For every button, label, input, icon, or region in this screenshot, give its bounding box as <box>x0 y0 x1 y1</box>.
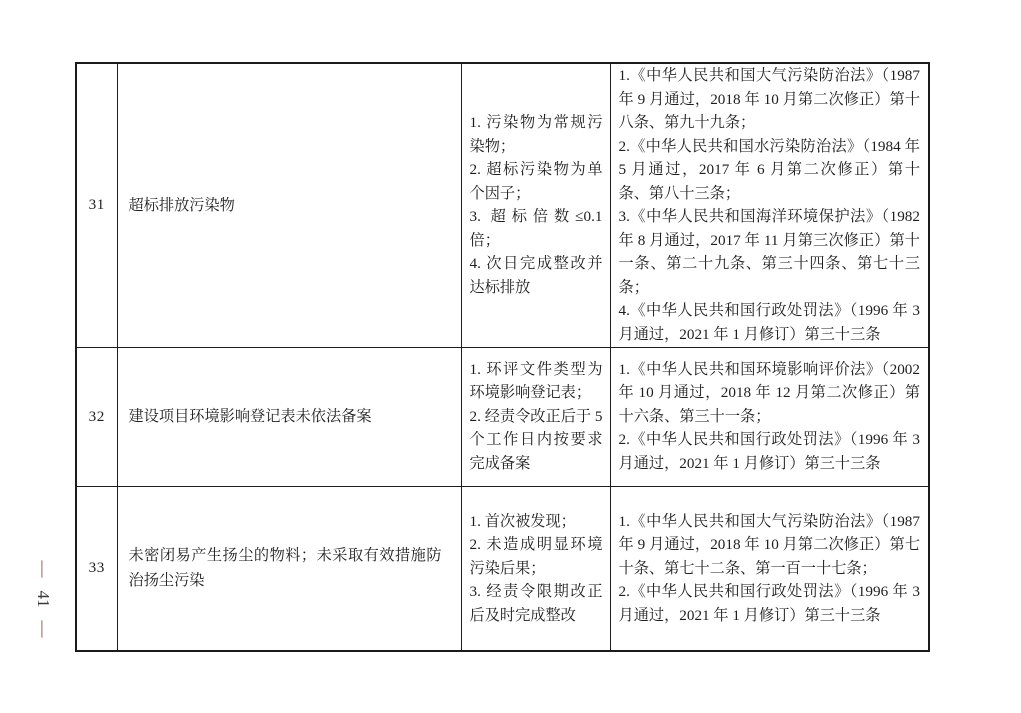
legal-basis-item: 1.《中华人民共和国大气污染防治法》（1987 年 9 月通过，2018 年 1… <box>619 510 921 581</box>
condition-item: 1. 首次被发现； <box>470 510 603 534</box>
document-page: —41— 31 超标排放污染物 1. 污染物为常规污染物； 2. 超标污染物为单… <box>0 0 1021 713</box>
page-number-dash-bottom: — <box>34 621 53 638</box>
violations-table: 31 超标排放污染物 1. 污染物为常规污染物； 2. 超标污染物为单个因子； … <box>75 62 930 652</box>
page-number: 41 <box>34 591 53 608</box>
cell-legal-basis: 1.《中华人民共和国大气污染防治法》（1987 年 9 月通过，2018 年 1… <box>610 486 929 651</box>
legal-basis-item: 1.《中华人民共和国大气污染防治法》（1987 年 9 月通过，2018 年 1… <box>619 64 921 135</box>
table-row: 31 超标排放污染物 1. 污染物为常规污染物； 2. 超标污染物为单个因子； … <box>76 63 929 347</box>
side-page-number: —41— <box>33 549 53 649</box>
legal-basis-item: 2.《中华人民共和国行政处罚法》（1996 年 3 月通过，2021 年 1 月… <box>619 428 921 475</box>
condition-item: 1. 环评文件类型为环境影响登记表； <box>470 358 603 405</box>
cell-conditions: 1. 首次被发现； 2. 未造成明显环境污染后果； 3. 经责令限期改正后及时完… <box>461 486 610 651</box>
legal-basis-item: 1.《中华人民共和国环境影响评价法》（2002 年 10 月通过，2018 年 … <box>619 358 921 429</box>
legal-basis-item: 2.《中华人民共和国水污染防治法》（1984 年 5 月通过，2017 年 6 … <box>619 135 921 206</box>
condition-item: 2. 超标污染物为单个因子； <box>470 158 603 205</box>
condition-item: 2. 未造成明显环境污染后果； <box>470 533 603 580</box>
cell-violation: 超标排放污染物 <box>117 63 461 347</box>
violation-text: 未密闭易产生扬尘的物料；未采取有效措施防治扬尘污染 <box>129 543 442 593</box>
condition-item: 4. 次日完成整改并达标排放 <box>470 252 603 299</box>
cell-row-number: 33 <box>76 486 117 651</box>
condition-item: 1. 污染物为常规污染物； <box>470 111 603 158</box>
violation-text: 超标排放污染物 <box>129 193 442 218</box>
violation-text: 建设项目环境影响登记表未依法备案 <box>129 404 442 429</box>
legal-basis-item: 4.《中华人民共和国行政处罚法》（1996 年 3 月通过，2021 年 1 月… <box>619 299 921 346</box>
page-number-dash-top: — <box>34 561 53 578</box>
cell-violation: 未密闭易产生扬尘的物料；未采取有效措施防治扬尘污染 <box>117 486 461 651</box>
cell-row-number: 32 <box>76 347 117 486</box>
table-row: 32 建设项目环境影响登记表未依法备案 1. 环评文件类型为环境影响登记表； 2… <box>76 347 929 486</box>
condition-item: 3. 超标倍数≤0.1 倍； <box>470 205 603 252</box>
cell-row-number: 31 <box>76 63 117 347</box>
cell-conditions: 1. 污染物为常规污染物； 2. 超标污染物为单个因子； 3. 超标倍数≤0.1… <box>461 63 610 347</box>
legal-basis-item: 3.《中华人民共和国海洋环境保护法》（1982 年 8 月通过，2017 年 1… <box>619 205 921 299</box>
cell-violation: 建设项目环境影响登记表未依法备案 <box>117 347 461 486</box>
condition-item: 2. 经责令改正后于 5 个工作日内按要求完成备案 <box>470 405 603 476</box>
cell-conditions: 1. 环评文件类型为环境影响登记表； 2. 经责令改正后于 5 个工作日内按要求… <box>461 347 610 486</box>
cell-legal-basis: 1.《中华人民共和国大气污染防治法》（1987 年 9 月通过，2018 年 1… <box>610 63 929 347</box>
legal-basis-item: 2.《中华人民共和国行政处罚法》（1996 年 3 月通过，2021 年 1 月… <box>619 580 921 627</box>
cell-legal-basis: 1.《中华人民共和国环境影响评价法》（2002 年 10 月通过，2018 年 … <box>610 347 929 486</box>
table-row: 33 未密闭易产生扬尘的物料；未采取有效措施防治扬尘污染 1. 首次被发现； 2… <box>76 486 929 651</box>
condition-item: 3. 经责令限期改正后及时完成整改 <box>470 580 603 627</box>
